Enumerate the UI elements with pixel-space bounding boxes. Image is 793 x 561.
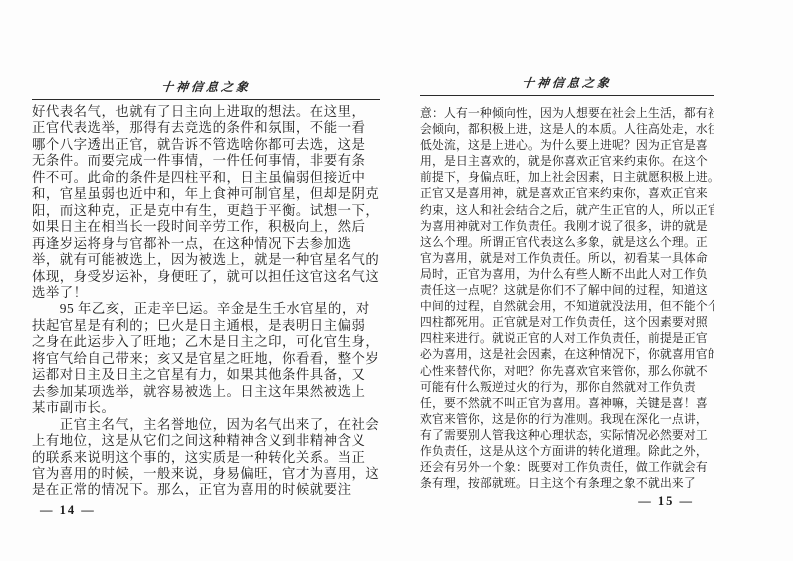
text-line: 条有理，按部就班。日主这个有条理之象不就出来了	[420, 475, 714, 491]
text-line: 的联系来说明这个事的，这实质是一种转化关系。当正	[32, 450, 380, 466]
right-page-body-text: 意：人有一种倾向性，因为人想要在社会上生活，都有社会倾向，都积极上进，这是人的本…	[420, 105, 714, 493]
text-line: 为喜用神就对工作负责任。我刚才说了很多，讲的就是	[420, 218, 714, 234]
text-line: 选举了！	[32, 285, 380, 301]
text-line: 件不可。此命的条件是四柱平和，日主虽偏弱但接近中	[32, 170, 380, 186]
running-head-title: 十神信息之象	[160, 81, 251, 94]
text-line: 官为喜用的时候，一般来说，身易偏旺，官才为喜用，这	[32, 466, 380, 482]
text-line: 体现，身受岁运补，身便旺了，就可以担任这官这名气这	[32, 269, 380, 285]
scanned-book-spread: 十神信息之象 好代表名气，也就有了日主向上进取的想法。在这里，正官代表选举，那得…	[0, 0, 793, 561]
text-line: 心性来替代你，对吧？你先喜欢官来管你，那么你就不	[420, 363, 714, 379]
text-line: 会倾向，都积极上进，这是人的本质。人往高处走，水往	[420, 121, 714, 137]
text-line: 某市副市长。	[32, 400, 380, 416]
text-line: 正官又是喜用神，就是喜欢正官来约束你，喜欢正官来	[420, 185, 714, 201]
right-page: 十神信息之象 意：人有一种倾向性，因为人想要在社会上生活，都有社会倾向，都积极上…	[420, 0, 714, 561]
text-line: 再逢岁运将身与官都补一点，在这种情况下去参加选	[32, 236, 380, 252]
text-line: 好代表名气，也就有了日主向上进取的想法。在这里，	[32, 104, 380, 120]
text-line: 前提下，身偏点旺，加上社会因素，日主就愿积极上进。	[420, 169, 714, 185]
text-line: 哪个八字透出正官，就告诉不管选啥你都可去选，这是	[32, 137, 380, 153]
text-line: 扶起官星是有利的；巳火是日主通根，是表明日主偏弱	[32, 318, 380, 334]
text-line: 官为喜用，就是对工作负责任。所以，初看某一具体命	[420, 250, 714, 266]
text-line: 意：人有一种倾向性，因为人想要在社会上生活，都有社	[420, 105, 714, 121]
text-line: 局时，正官为喜用，为什么有些人断不出此人对工作负	[420, 266, 714, 282]
text-line: 任，要不然就不叫正官为喜用。喜神嘛，关键是喜！喜	[420, 395, 714, 411]
text-line: 运都对日主及日主之官星有力，如果其他条件具备，又	[32, 367, 380, 383]
text-line: 低处流，这是上进心。为什么要上进呢？因为正官是喜	[420, 137, 714, 153]
text-line: 责任这一点呢？这就是你们不了解中间的过程，知道这	[420, 282, 714, 298]
text-line: 正官代表选举，那得有去竞选的条件和氛围，不能一看	[32, 120, 380, 136]
header-rule	[32, 99, 380, 100]
text-line: 用，是日主喜欢的，就是你喜欢正官来约束你。在这个	[420, 153, 714, 169]
left-page-number: — 14 —	[40, 503, 96, 518]
text-line: 可能有什么叛逆过火的行为，那你自然就对工作负责	[420, 379, 714, 395]
text-line: 这么个理。所谓正官代表这么多象，就是这么个理。正	[420, 234, 714, 250]
running-head-title: 十神信息之象	[521, 77, 612, 90]
text-line: 约束，这人和社会结合之后，就产生正官的人，所以正官	[420, 202, 714, 218]
text-line: 作负责任，这是从这个方面讲的转化道理。除此之外，	[420, 443, 714, 459]
header-rule	[420, 95, 714, 96]
text-line: 如果日主在相当长一段时间辛劳工作，积极向上，然后	[32, 219, 380, 235]
left-page: 十神信息之象 好代表名气，也就有了日主向上进取的想法。在这里，正官代表选举，那得…	[32, 0, 380, 561]
text-line: 是在正常的情况下。那么，正官为喜用的时候就要注	[32, 482, 380, 498]
left-page-header: 十神信息之象	[32, 78, 380, 100]
right-page-header: 十神信息之象	[420, 74, 714, 96]
text-line: 将官气给自己带来；亥又是官星之旺地，你看看，整个岁	[32, 351, 380, 367]
text-line: 无条件。而要完成一件事情，一件任何事情，非要有条	[32, 153, 380, 169]
text-line: 之身在此运步入了旺地；乙木是日主之印，可化官生身，	[32, 334, 380, 350]
text-line: 必为喜用，这是社会因素，在这种情况下，你就喜用官的	[420, 346, 714, 362]
text-line: 欢官来管你，这是你的行为准则。我现在深化一点讲，	[420, 411, 714, 427]
text-line: 和，官星虽弱也近中和，年上食神可制官星，但却是阴克	[32, 186, 380, 202]
right-page-number: — 15 —	[638, 494, 694, 509]
text-line: 去参加某项选举，就容易被选上。日主这年果然被选上	[32, 384, 380, 400]
text-line: 95 年乙亥，正走辛巳运。辛金是生壬水官星的，对	[32, 301, 380, 317]
text-line: 举，就有可能被选上，因为被选上，就是一种官星名气的	[32, 252, 380, 268]
text-line: 还会有另外一个象：既要对工作负责任，做工作就会有	[420, 459, 714, 475]
text-line: 四柱来进行。就说正官的人对工作负责任，前提是正官	[420, 330, 714, 346]
text-line: 中间的过程，自然就会用，不知道就没法用，但不能个个	[420, 298, 714, 314]
text-line: 四柱都死用。正官就是对工作负责任，这个因素要对照	[420, 314, 714, 330]
left-page-body-text: 好代表名气，也就有了日主向上进取的想法。在这里，正官代表选举，那得有去竞选的条件…	[32, 104, 380, 500]
text-line: 正官主名气，主名誉地位，因为名气出来了，在社会	[32, 417, 380, 433]
text-line: 上有地位，这是从它们之间这种精神含义到非精神含义	[32, 433, 380, 449]
text-line: 阳，而这种克，正是克中有生，更趋于平衡。试想一下，	[32, 203, 380, 219]
text-line: 有了需要别人管我这种心理状态，实际情况必然要对工	[420, 427, 714, 443]
